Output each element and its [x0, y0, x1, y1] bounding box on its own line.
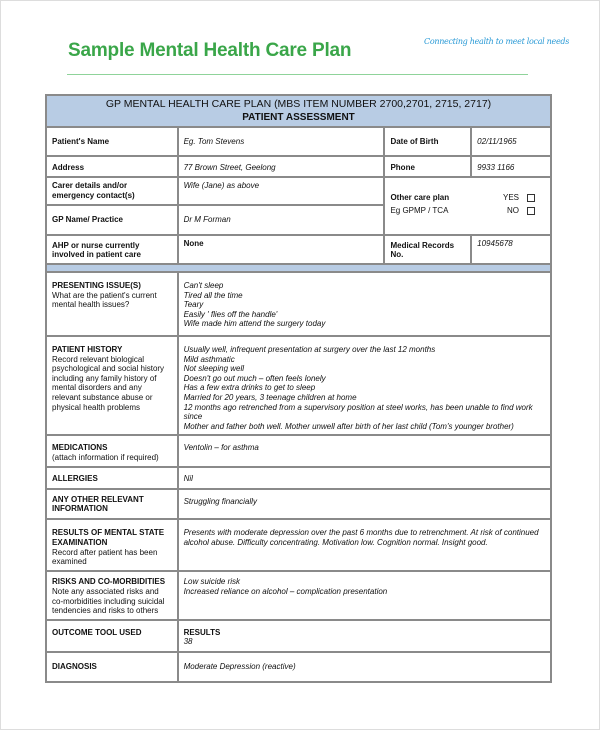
gp-field[interactable]: Dr M Forman: [178, 205, 385, 235]
phone-field[interactable]: 9933 1166: [471, 156, 551, 177]
other-info-label: ANY OTHER RELEVANT INFORMATION: [46, 489, 178, 519]
text-line: Record relevant biological psychological…: [52, 355, 172, 413]
patient-name-field[interactable]: Eg. Tom Stevens: [178, 127, 385, 156]
dob-label: Date of Birth: [384, 127, 471, 156]
text-line: 12 months ago retrenched from a supervis…: [184, 403, 545, 422]
text-line: RESULTS: [184, 628, 545, 638]
no-checkbox[interactable]: [527, 207, 535, 215]
gp-label: GP Name/ Practice: [46, 205, 178, 235]
patient-name-label: Patient's Name: [46, 127, 178, 156]
text-line: Tired all the time: [184, 291, 545, 301]
text-line: Mother and father both well. Mother unwe…: [184, 422, 545, 432]
ahp-field[interactable]: None: [178, 235, 385, 264]
carer-label: Carer details and/or emergency contact(s…: [46, 177, 178, 205]
text-line: RISKS AND CO-MORBIDITIES: [52, 577, 172, 587]
form-header-subtitle: PATIENT ASSESSMENT: [51, 111, 546, 124]
text-line: Can't sleep: [184, 281, 545, 291]
diagnosis-label: DIAGNOSIS: [46, 652, 178, 682]
other-info-field[interactable]: Struggling financially: [178, 489, 551, 519]
medications-label: MEDICATIONS (attach information if requi…: [46, 435, 178, 467]
medical-records-label: Medical Records No.: [384, 235, 471, 264]
allergies-label: ALLERGIES: [46, 467, 178, 489]
risks-label: RISKS AND CO-MORBIDITIES Note any associ…: [46, 571, 178, 619]
carer-field[interactable]: Wife (Jane) as above: [178, 177, 385, 205]
title-divider: [67, 74, 528, 75]
text-line: RESULTS OF MENTAL STATE EXAMINATION: [52, 528, 172, 547]
patient-history-field[interactable]: Usually well, infrequent presentation at…: [178, 336, 551, 435]
other-care-plan-label: Other care plan: [390, 193, 449, 203]
mental-state-label: RESULTS OF MENTAL STATE EXAMINATION Reco…: [46, 519, 178, 571]
mental-state-field[interactable]: Presents with moderate depression over t…: [178, 519, 551, 571]
medical-records-field[interactable]: 10945678: [471, 235, 551, 264]
text-line: Record after patient has been examined: [52, 548, 172, 567]
outcome-results-field[interactable]: RESULTS 38: [178, 620, 551, 652]
page-title: Sample Mental Health Care Plan: [68, 40, 351, 62]
text-line: Usually well, infrequent presentation at…: [184, 345, 545, 355]
other-care-plan-example: Eg GPMP / TCA: [390, 206, 448, 216]
address-field[interactable]: 77 Brown Street, Geelong: [178, 156, 385, 177]
text-line: Not sleeping well: [184, 364, 545, 374]
text-line: PRESENTING ISSUE(S): [52, 281, 172, 291]
diagnosis-field[interactable]: Moderate Depression (reactive): [178, 652, 551, 682]
text-line: Wife made him attend the surgery today: [184, 319, 545, 329]
text-line: Married for 20 years, 3 teenage children…: [184, 393, 545, 403]
text-line: Has a few extra drinks to get to sleep: [184, 383, 545, 393]
risks-field[interactable]: Low suicide risk Increased reliance on a…: [178, 571, 551, 619]
tagline: Connecting health to meet local needs: [424, 37, 569, 46]
address-label: Address: [46, 156, 178, 177]
text-line: Low suicide risk: [184, 577, 545, 587]
text-line: Mild asthmatic: [184, 355, 545, 365]
text-line: Note any associated risks and co-morbidi…: [52, 587, 172, 616]
text-line: Doesn't go out much – often feels lonely: [184, 374, 545, 384]
text-line: (attach information if required): [52, 453, 172, 463]
no-label: NO: [507, 206, 519, 215]
ahp-label: AHP or nurse currently involved in patie…: [46, 235, 178, 264]
text-line: PATIENT HISTORY: [52, 345, 172, 355]
text-line: MEDICATIONS: [52, 443, 172, 453]
text-line: What are the patient's current mental he…: [52, 291, 172, 310]
dob-field[interactable]: 02/11/1965: [471, 127, 551, 156]
medications-field[interactable]: Ventolin – for asthma: [178, 435, 551, 467]
text-line: 38: [184, 637, 545, 647]
text-line: Teary: [184, 300, 545, 310]
allergies-field[interactable]: Nil: [178, 467, 551, 489]
phone-label: Phone: [384, 156, 471, 177]
care-plan-table: GP MENTAL HEALTH CARE PLAN (MBS ITEM NUM…: [45, 94, 552, 683]
presenting-issues-field[interactable]: Can't sleep Tired all the time Teary Eas…: [178, 272, 551, 336]
form-header: GP MENTAL HEALTH CARE PLAN (MBS ITEM NUM…: [46, 95, 551, 127]
yes-checkbox[interactable]: [527, 194, 535, 202]
yes-label: YES: [503, 193, 519, 202]
section-separator: [46, 264, 551, 272]
form-header-title: GP MENTAL HEALTH CARE PLAN (MBS ITEM NUM…: [51, 98, 546, 111]
presenting-issues-label: PRESENTING ISSUE(S) What are the patient…: [46, 272, 178, 336]
outcome-tool-label: OUTCOME TOOL USED: [46, 620, 178, 652]
text-line: Increased reliance on alcohol – complica…: [184, 587, 545, 597]
other-care-plan-cell: Other care plan YES Eg GPMP / TCA NO: [384, 177, 551, 235]
patient-history-label: PATIENT HISTORY Record relevant biologic…: [46, 336, 178, 435]
text-line: Easily ' flies off the handle': [184, 310, 545, 320]
